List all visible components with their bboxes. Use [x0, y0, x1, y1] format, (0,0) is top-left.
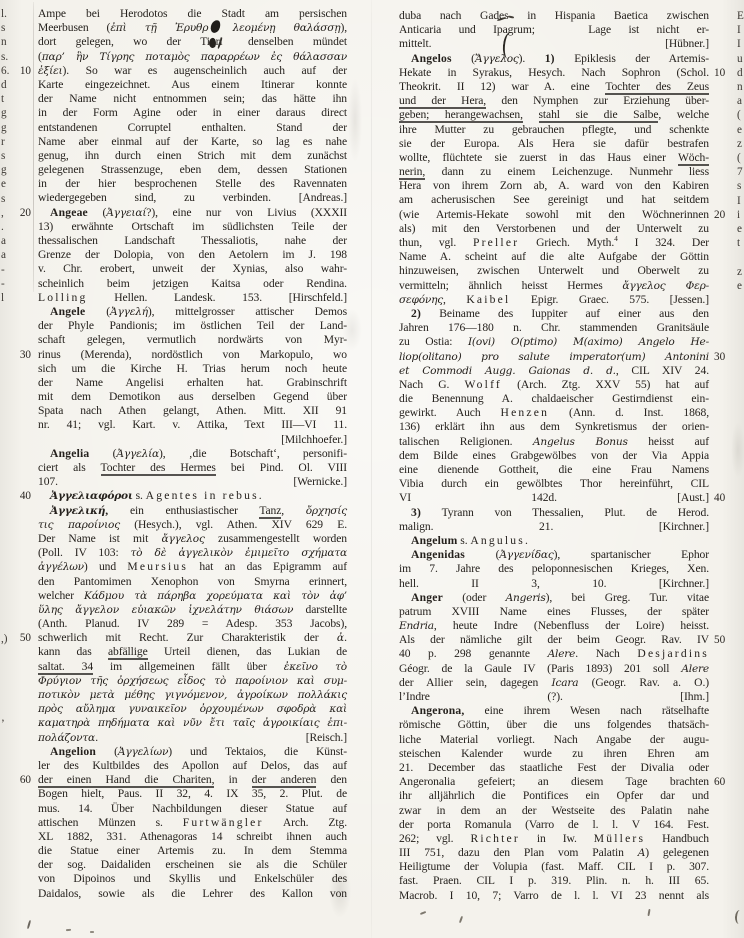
text-line: als) mit den Verstorbenen und der Unterw… [399, 222, 709, 236]
text-line: zu Ostia: I(ovi) O(ptimo) M(aximo) Angel… [399, 335, 709, 349]
text-line: Géogr. de la Gaule IV (Paris 1893) 201 s… [399, 662, 709, 676]
text-line: hell. II 3, 10. [Kirchner.] [399, 577, 709, 591]
text-line: ποτικὸν μετὰ μέθης γιγνόμενον, ἀγροίκων … [38, 688, 347, 702]
text-line: gelegenen Strassenzuge, eben dem, dessen… [38, 163, 347, 177]
text-line: [Milchhoefer.] [38, 433, 347, 447]
text-line: Jahren 176—180 n. Chr. stammenden Granit… [399, 321, 709, 335]
text-line: in der hier besprochenen Stelle des Rave… [38, 177, 347, 191]
edge-fragment: e [737, 222, 742, 236]
text-line: πρὸς αὔλημα γυναικεῖον ὀρχουμένων σφοδρὰ… [38, 702, 347, 716]
text-line: schaft gelegen, vermutlich nordwärts von… [38, 333, 347, 347]
text-line: nerin, dann zu einem Leichenzuge. Nunmeh… [399, 165, 709, 179]
edge-fragment: 6. [1, 64, 9, 78]
edge-fragment: s [1, 21, 5, 35]
text-line: 2) Beiname des Iuppiter auf einer aus de… [399, 307, 709, 321]
text-line: Als der nämliche gilt der beim Geogr. Ra… [399, 633, 709, 647]
text-line: Name aber einmal auf der Karte, so lag e… [38, 135, 347, 149]
ink-mark [33, 2, 34, 292]
text-line: Karte eingezeichnet. Aus einem Itinerar … [38, 78, 347, 92]
text-line: πολάζοντα. [Reisch.] [38, 731, 347, 745]
text-line: römische Göttin, über die uns folgendes … [399, 718, 709, 732]
ink-mark [371, 0, 372, 938]
edge-fragment: g [1, 106, 7, 120]
edge-fragment: l [1, 291, 4, 305]
scanned-page: Ampe bei Herodotos die Stadt am persisch… [0, 0, 744, 938]
text-line: liop(olitano) pro salute imperator(um) A… [399, 350, 709, 364]
text-line: Anger (oder Angeris), bei Greg. Tur. vit… [399, 591, 709, 605]
text-line: 262; vgl. Richter in Iw. Müllers Handbuc… [399, 832, 709, 846]
text-line: von Dipoinos und Skyllis und Enkelschüle… [38, 872, 347, 886]
edge-fragment: ( [737, 108, 741, 122]
text-line: Endria, heute Indre (Nebenfluss der Loir… [399, 619, 709, 633]
edge-fragment: n [737, 80, 743, 94]
text-line: dort gelegen, wo der Tigridenselben münd… [38, 35, 347, 49]
text-line: Angerona, eine ihrem Wesen nach rätselha… [399, 704, 709, 718]
edge-fragment: i [737, 208, 740, 222]
text-line: die Benennung A. chaldaeischer Gestirndi… [399, 392, 709, 406]
text-line: talischen Religionen. Angelus Bonus heis… [399, 435, 709, 449]
text-line: Bogen hielt, Paus. II 32, 4. IX 35, 2. P… [38, 787, 347, 801]
text-line: Angeae (Ἀγγειαί?), eine nur von Livius (… [38, 206, 347, 220]
text-column-left: Ampe bei Herodotos die Stadt am persisch… [38, 7, 347, 901]
text-line: scheinlich beim jetzigen Kaitsa oder Ren… [38, 277, 347, 291]
text-line: Heiligtume der Volupia (fast. Maff. CIL … [399, 860, 709, 874]
edge-fragment: s. [1, 50, 8, 64]
edge-fragment: s [1, 192, 5, 206]
text-line: ἐξίει). So war es augenscheinlich auch a… [38, 64, 347, 78]
text-line: Grenze der Dolopia, von den Aetolern im … [38, 248, 347, 262]
text-line: dem Bilde eines Grabgewölbes von der Via… [399, 449, 709, 463]
edge-fragment: u [737, 52, 743, 66]
text-line: 3) Tyrann von Thessalien, Plut. de Herod… [399, 506, 709, 520]
line-number: 60 [714, 775, 725, 789]
text-line: XL 1882, 331. Athenagoras 14 schreibt ih… [38, 830, 347, 844]
edge-fragment: s [1, 149, 5, 163]
text-line: liche Material vorliegt. Nach Angabe der… [399, 733, 709, 747]
edge-fragment: - [1, 263, 5, 277]
text-line: schwerlich mit Recht. Zur Charakteristik… [38, 631, 347, 645]
text-line: ciert als Tochter des Hermes bei Pind. O… [38, 461, 347, 475]
text-line: und der Hera, den Nymphen zur Erziehung … [399, 94, 709, 108]
line-number: 30 [20, 348, 31, 362]
text-line: der sog. Daidaliden erscheinen sie als d… [38, 858, 347, 872]
text-line: Angelia (Ἀγγελία), ‚die Botschaft‘, pers… [38, 447, 347, 461]
text-line: Macrob. I 10, 7; Varro de l. l. VI 23 ne… [399, 889, 709, 903]
text-line: der Name nicht entnommen sein; das hätte… [38, 92, 347, 106]
line-number: 20 [20, 206, 31, 220]
text-line: am acherusischen See gereinigt und hat s… [399, 193, 709, 207]
edge-fragment: I [737, 194, 741, 208]
edge-fragment: t [1, 92, 4, 106]
ink-mark [735, 910, 744, 925]
edge-fragment: z [737, 137, 742, 151]
text-line: (Anth. Planud. IV 289 = Adesp. 353 Jacob… [38, 617, 347, 631]
text-line: sich um die Kirche H. Trias herum noch h… [38, 362, 347, 376]
text-line: Hekate in Syrakus, Hesych. Nach Sophron … [399, 66, 709, 80]
text-line: hinzuweisen, zwischen Unterwelt und Ober… [399, 264, 709, 278]
edge-fragment: e [737, 123, 742, 137]
text-line: 21. December das staatliche Fest der Div… [399, 761, 709, 775]
text-line: nr. 41; vgl. Kart. v. Attika, Text III—V… [38, 418, 347, 432]
text-line: σεφόνης, Kaibel Epigr. Graec. 575. [Jess… [399, 293, 709, 307]
text-line: Angelum s. Angulus. [399, 534, 709, 548]
line-number: 50 [20, 631, 31, 645]
text-line: Angelion (Ἀγγελίων) und Tektaios, die Kü… [38, 745, 347, 759]
text-line: τις παροίνιος (Hesych.), vgl. Athen. XIV… [38, 518, 347, 532]
line-number: 10 [20, 64, 31, 78]
text-line: Vibia durch ein gewölbtes Thor hereinfüh… [399, 477, 709, 491]
edge-fragment: e [737, 279, 742, 293]
text-line: Meerbusen (ἐπὶ τῇ Ἐρυθρλεομένῃ θαλάσσῃ), [38, 21, 347, 35]
edge-fragment: d [1, 78, 7, 92]
text-line: gewirkt. Auch Henzen (Ann. d. Inst. 1868… [399, 406, 709, 420]
text-line: (παρ’ ἣν Τίγρης ποταμὸς παραρρέων ἐς θάλ… [38, 50, 347, 64]
text-line: Angelos (Ἄγγελος). 1) Epiklesis der Arte… [399, 52, 709, 66]
ink-mark [420, 911, 426, 915]
text-line: Hera von ihrem Zorn ab, A. ward von den … [399, 179, 709, 193]
edge-fragment: ,) [1, 632, 8, 646]
text-line: der porta Romanula (Varro de l. l. V 164… [399, 818, 709, 832]
text-line: welcher Κάδμου τὰ πάρηβα χορεύματα καὶ τ… [38, 589, 347, 603]
text-line: sie der Europa. Als Hera sie dafür bestr… [399, 137, 709, 151]
line-number: 40 [714, 491, 725, 505]
text-line: entstandenen Corruptel enthalten. Stand … [38, 121, 347, 135]
text-line: Lolling Hellen. Landesk. 153. [Hirschfel… [38, 291, 347, 305]
edge-fragment: g [1, 121, 7, 135]
text-line: der Allier sein, dagegen Icara (Geogr. R… [399, 676, 709, 690]
text-line: Ἀγγελιαφόροι s. Agentes in rebus.40 [38, 489, 347, 503]
text-line: ἀγγέλων) und Meursius hat an das Epigram… [38, 560, 347, 574]
text-line: v. Chr. erobert, unweit der Xynias, also… [38, 262, 347, 276]
edge-fragment: l. [1, 7, 7, 21]
edge-fragment: - [1, 277, 5, 291]
text-line: Theokrit. II 12) war A. eine Tochter des… [399, 80, 709, 94]
text-line: ihre Mutter zu gebrauchen pflegte, und s… [399, 123, 709, 137]
text-line: Spata nach Athen gelangt, Athen. Mitt. X… [38, 404, 347, 418]
edge-fragment: ’ [1, 717, 5, 731]
text-line: l’Indre (?). [Ihm.] [399, 690, 709, 704]
edge-fragment: a [1, 248, 6, 262]
line-number: 30 [714, 350, 725, 364]
text-line: Ἀγγελική, ein enthusiastischer Tanz, ὄρχ… [38, 504, 347, 518]
text-line: Angele (Ἀγγελή), mittelgrosser attischer… [38, 305, 347, 319]
text-line: der einen Hand die Chariten, in der ande… [38, 773, 347, 787]
text-line: et Commodi Augg. Gaionas d. d., CIL XIV … [399, 364, 709, 378]
edge-fragment: z [737, 265, 742, 279]
ink-mark [27, 920, 31, 929]
text-line: (wie Artemis-Hekate sowohl mit den Wöchn… [399, 208, 709, 222]
text-line: mit dem Demotikon aus derselben Gegend ü… [38, 390, 347, 404]
edge-fragment: . [1, 220, 4, 234]
edge-fragment: ( [737, 151, 741, 165]
text-line: malign. 21. [Kirchner.] [399, 520, 709, 534]
text-line: genug, ihn durch einen Strich mit dem zu… [38, 149, 347, 163]
text-column-right: duba nach Gades in Hispania Baetica zwis… [399, 9, 709, 903]
text-line: ὕλης ἄγγελον εὐιακῶν ἰχνελάτην θιάσων da… [38, 603, 347, 617]
text-line: Daidalos, sowie als die Lehrer des Kallo… [38, 887, 347, 901]
edge-fragment: a [1, 234, 6, 248]
text-line: thessalischen Landschaft Thessaliotis, n… [38, 234, 347, 248]
text-line: (Poll. IV 103: τὸ δὲ ἀγγελικὸν ἐμιμεῖτο … [38, 546, 347, 560]
text-line: Anticaria und Ipagrum; Lage ist nicht er… [399, 23, 709, 37]
text-line: Φρύγιον τῆς ὀρχήσεως εἶδος τὸ παροίνιον … [38, 674, 347, 688]
text-line: eine dienende Gottheit, die eine Frau Na… [399, 463, 709, 477]
text-line: ihr alljährlich die Pontifices ein Opfer… [399, 789, 709, 803]
line-number: 50 [714, 633, 725, 647]
ink-mark [66, 929, 71, 931]
text-line: καματηρὰ πηδήματα καὶ νῦν ἔτι ταῖς ἀγροι… [38, 716, 347, 730]
text-line: geben; herangewachsen, stahl sie die Sal… [399, 108, 709, 122]
text-line: kann das abfällige Urteil dienen, das Lu… [38, 645, 347, 659]
edge-fragment: r [1, 135, 5, 149]
text-line: Ampe bei Herodotos die Stadt am persisch… [38, 7, 347, 21]
text-line: Angenidas (Ἀγγενίδας), spartanischer Eph… [399, 548, 709, 562]
text-line: 107. [Wernicke.] [38, 475, 347, 489]
text-line: duba nach Gades in Hispania Baetica zwis… [399, 9, 709, 23]
edge-fragment: g [1, 163, 7, 177]
text-line: den Pantomimen Xenophon von Smyrna erinn… [38, 575, 347, 589]
text-line: 136) erklärt ihn aus dem Synkretismus de… [399, 420, 709, 434]
text-line: wollte, flüchtete sie zuerst in das Haus… [399, 151, 709, 165]
ink-mark [90, 931, 94, 933]
edge-fragment: a [737, 94, 742, 108]
edge-fragment: e [1, 177, 6, 191]
text-line: VI 142d. [Aust.]40 [399, 491, 709, 505]
text-line: der Phyle Pandionis; im östlichen Teil d… [38, 319, 347, 333]
text-line: wiedergegeben sind, zu verbinden. [Andre… [38, 191, 347, 205]
line-number: 20 [714, 208, 725, 222]
edge-fragment: I [737, 23, 741, 37]
text-line: vermitteln; ähnlich heisst Hermes ἄγγελο… [399, 279, 709, 293]
text-line: Name A. scheint auf die alte Aufgabe der… [399, 250, 709, 264]
edge-fragment: , [1, 206, 4, 220]
text-line: thun, vgl. Preller Griech. Myth.4 I 324.… [399, 236, 709, 250]
text-line: 40 p. 298 genannte Alere. Nach Desjardin… [399, 647, 709, 661]
text-line: fast. Praen. CIL I p. 319. Plin. n. h. I… [399, 874, 709, 888]
edge-fragment: t [737, 236, 740, 250]
edge-fragment: E [737, 9, 744, 23]
text-line: in der Form Agine oder in einer daraus d… [38, 106, 347, 120]
line-number: 40 [20, 489, 31, 503]
text-line: Nach G. Wolff (Arch. Ztg. XXV 55) hat au… [399, 378, 709, 392]
text-line: zwar in dem an der Westseite des Palatin… [399, 804, 709, 818]
text-line: attischen Münzen s. Furtwängler Arch. Zt… [38, 816, 347, 830]
ink-mark [647, 909, 650, 916]
line-number: 60 [20, 773, 31, 787]
line-number: 10 [714, 66, 725, 80]
edge-fragment: I [737, 37, 741, 51]
edge-fragment: s [737, 179, 741, 193]
text-line: Der Name ist mit ἄγγελος zusammengestell… [38, 532, 347, 546]
ink-mark [459, 916, 463, 923]
text-line: ler des Kultbildes des Apollon auf Delos… [38, 759, 347, 773]
edge-fragment: 7 [737, 165, 743, 179]
edge-fragment: n [1, 35, 7, 49]
text-line: der Name Angelisi erhalten hat. Grabinsc… [38, 376, 347, 390]
text-line: steischen Kalender wurde zu ihren Ehren … [399, 747, 709, 761]
text-line: patrum XVIII Name eines Flusses, der spä… [399, 605, 709, 619]
text-line: III 751, dazu den Plan vom Palatin A) ge… [399, 846, 709, 860]
text-line: saltat. 34 im allgemeinen fällt über ἐκε… [38, 660, 347, 674]
text-line: rinus (Merenda), nordöstlich von Markopu… [38, 348, 347, 362]
text-line: mittelt. [Hübner.] [399, 37, 709, 51]
edge-fragment: d [737, 66, 743, 80]
text-line: 13) erwähnte Ortschaft im südlichsten Te… [38, 220, 347, 234]
text-line: mus. 14. Über Nachbildungen dieser Statu… [38, 802, 347, 816]
text-line: im 7. Jahre des peloponnesischen Krieges… [399, 562, 709, 576]
text-line: die Statue einer Artemis zu. In dem Stem… [38, 844, 347, 858]
text-line: Angeronalia gefeiert; an diesem Tage bra… [399, 775, 709, 789]
